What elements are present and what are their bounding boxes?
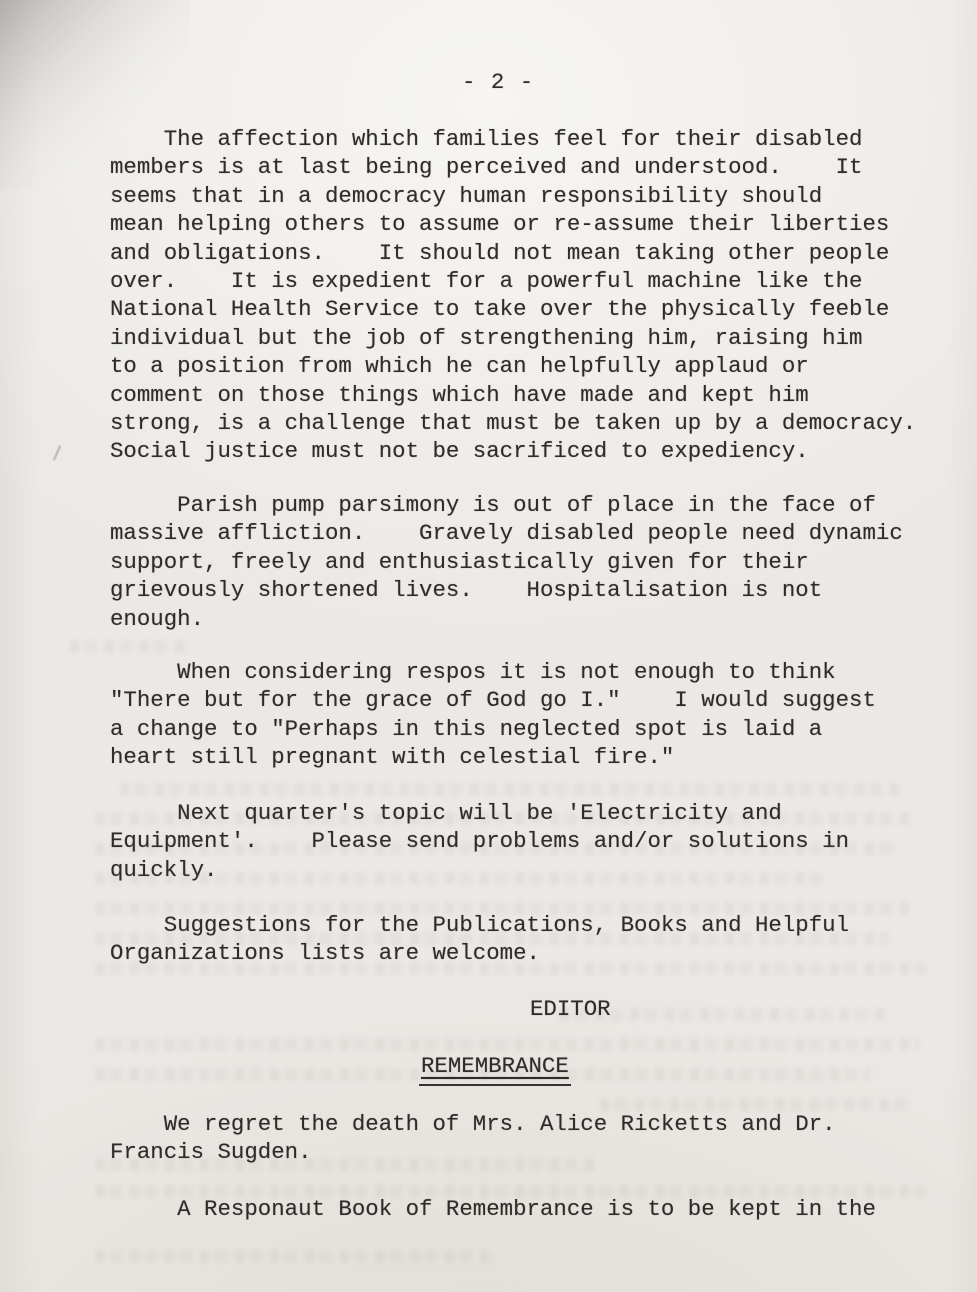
typewritten-newsletter-page: - 2 - The affection which families feel …	[0, 0, 977, 1292]
editor-heading: EDITOR	[530, 995, 611, 1023]
paragraph-considering-respos: When considering respos it is not enough…	[110, 658, 876, 772]
stray-pen-mark	[53, 445, 61, 460]
bleed-through-smudge	[95, 1250, 495, 1263]
page-number: - 2 -	[462, 68, 534, 96]
bleed-through-smudge	[95, 1038, 920, 1051]
paragraph-suggestions: Suggestions for the Publications, Books …	[110, 911, 849, 968]
bleed-through-smudge	[120, 783, 900, 796]
paragraph-next-quarter: Next quarter's topic will be 'Electricit…	[110, 799, 849, 884]
paragraph-parish-pump: Parish pump parsimony is out of place in…	[110, 491, 903, 633]
paragraph-affection: The affection which families feel for th…	[110, 125, 916, 466]
bleed-through-smudge	[70, 640, 190, 653]
paragraph-book-of-remembrance: A Responaut Book of Remembrance is to be…	[110, 1195, 876, 1223]
remembrance-heading: REMEMBRANCE	[419, 1052, 571, 1086]
paragraph-regret-deaths: We regret the death of Mrs. Alice Ricket…	[110, 1110, 836, 1167]
